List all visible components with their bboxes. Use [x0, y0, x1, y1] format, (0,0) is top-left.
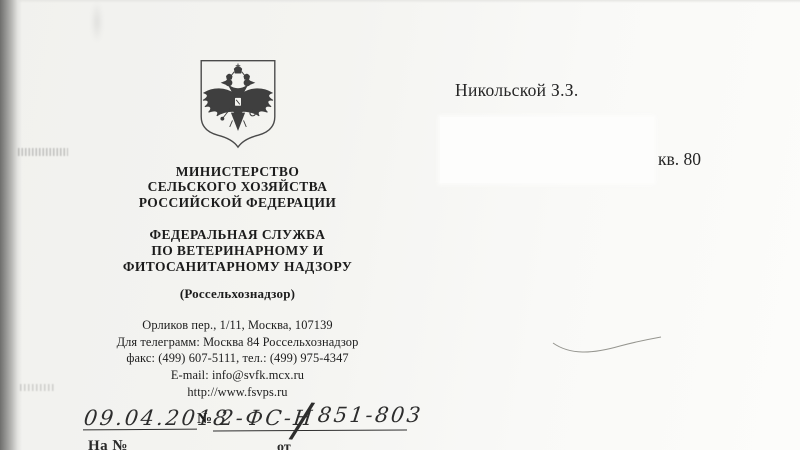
letterhead-block: МИНИСТЕРСТВО СЕЛЬСКОГО ХОЗЯЙСТВА РОССИЙС…: [95, 164, 380, 401]
scanned-letter-page: МИНИСТЕРСТВО СЕЛЬСКОГО ХОЗЯЙСТВА РОССИЙС…: [0, 0, 800, 450]
service-line: ФЕДЕРАЛЬНАЯ СЛУЖБА: [95, 227, 380, 243]
number-sign: №: [197, 411, 212, 428]
website-line: http://www.fsvps.ru: [95, 384, 380, 401]
scan-left-edge-shadow: [0, 0, 22, 450]
email-line: E-mail: info@svfk.mcx.ru: [95, 367, 380, 384]
scan-artifact: [20, 384, 56, 391]
number-underline: [213, 429, 407, 431]
service-name: ФЕДЕРАЛЬНАЯ СЛУЖБА ПО ВЕТЕРИНАРНОМУ И ФИ…: [95, 227, 380, 274]
handwritten-number-part2: 851-803: [317, 403, 425, 427]
service-line: ФИТОСАНИТАРНОМУ НАДЗОРУ: [95, 259, 380, 275]
address-block: Орликов пер., 1/11, Москва, 107139 Для т…: [95, 317, 380, 402]
scan-smudge: [91, 1, 103, 43]
service-line: ПО ВЕТЕРИНАРНОМУ И: [95, 243, 380, 259]
scan-top-edge: [0, 0, 800, 3]
reference-line-prefix: На №: [88, 438, 128, 450]
ministry-line: РОССИЙСКОЙ ФЕДЕРАЦИИ: [95, 195, 380, 210]
pen-stroke-artifact: [540, 325, 680, 370]
redacted-address-box: [440, 117, 654, 183]
ministry-name: МИНИСТЕРСТВО СЕЛЬСКОГО ХОЗЯЙСТВА РОССИЙС…: [95, 164, 380, 210]
reference-line-ot: от: [277, 440, 291, 450]
recipient-apartment: кв. 80: [658, 149, 701, 170]
address-line: факс: (499) 607-5111, тел.: (499) 975-43…: [95, 350, 380, 367]
ministry-line: СЕЛЬСКОГО ХОЗЯЙСТВА: [95, 179, 380, 194]
service-short-name: (Россельхознадзор): [95, 286, 380, 302]
ministry-line: МИНИСТЕРСТВО: [95, 164, 380, 179]
scan-artifact: [18, 148, 68, 156]
address-line: Для телеграмм: Москва 84 Россельхознадзо…: [95, 334, 380, 351]
recipient-name: Никольской З.З.: [455, 80, 579, 101]
handwritten-slash: /: [292, 396, 312, 444]
address-line: Орликов пер., 1/11, Москва, 107139: [95, 317, 380, 334]
date-underline: [83, 429, 197, 431]
coat-of-arms-icon: [192, 56, 284, 150]
